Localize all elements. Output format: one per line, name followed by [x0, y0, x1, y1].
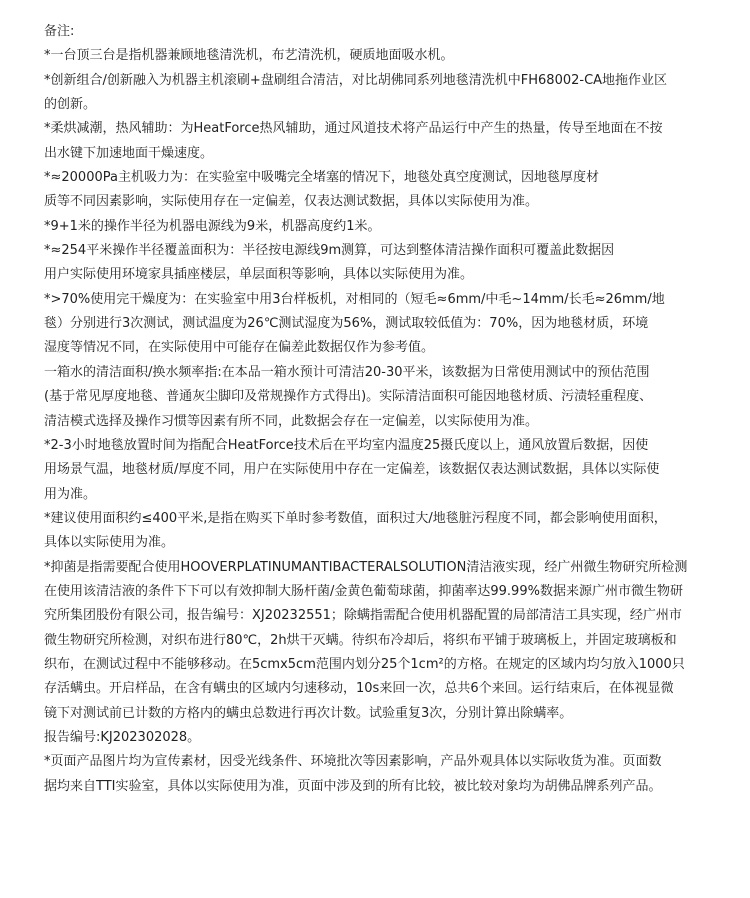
- note-line: *2-3小时地毯放置时间为指配合HeatForce技术后在平均室内温度25摄氏度…: [44, 434, 716, 458]
- report-number: 报告编号:KJ202302028。: [44, 726, 716, 750]
- note-line: 的创新。: [44, 93, 716, 117]
- note-line: 清洁模式选择及操作习惯等因素有所不同，此数据会存在一定偏差，以实际使用为准。: [44, 410, 716, 434]
- note-line: 用为准。: [44, 483, 716, 507]
- notes-heading: 备注:: [44, 20, 716, 44]
- note-line: 用户实际使用环境家具插座楼层，单层面积等影响，具体以实际使用为准。: [44, 263, 716, 287]
- note-line: *9+1米的操作半径为机器电源线为9米，机器高度约1米。: [44, 215, 716, 239]
- disclaimer-notes: 备注: *一台顶三台是指机器兼顾地毯清洗机，布艺清洗机，硬质地面吸水机。 *创新…: [44, 20, 716, 799]
- note-line: (基于常见厚度地毯、普通灰尘脚印及常规操作方式得出)。实际清洁面积可能因地毯材质…: [44, 385, 716, 409]
- note-line: 织布，在测试过程中不能够移动。在5cmx5cm范围内划分25个1cm²的方格。在…: [44, 653, 716, 677]
- note-line: *≈254平米操作半径覆盖面积为：半径按电源线9m测算，可达到整体清洁操作面积可…: [44, 239, 716, 263]
- note-line: *≈20000Pa主机吸力为：在实验室中吸嘴完全堵塞的情况下，地毯处真空度测试，…: [44, 166, 716, 190]
- note-line: 一箱水的清洁面积/换水频率指:在本品一箱水预计可清洁20-30平米，该数据为日常…: [44, 361, 716, 385]
- note-line: 在使用该清洁液的条件下下可以有效抑制大肠杆菌/金黄色葡萄球菌，抑菌率达99.99…: [44, 580, 716, 604]
- note-line: 镜下对测试前已计数的方格内的螨虫总数进行再次计数。试验重复3次，分别计算出除螨率…: [44, 702, 716, 726]
- note-line: 微生物研究所检测，对织布进行80℃，2h烘干灭螨。待织布冷却后，将织布平铺于玻璃…: [44, 629, 716, 653]
- note-line: 湿度等情况不同，在实际使用中可能存在偏差此数据仅作为参考值。: [44, 336, 716, 360]
- note-line: *抑菌是指需要配合使用HOOVERPLATINUMANTIBACTERALSOL…: [44, 556, 716, 580]
- note-line: *>70%使用完干燥度为：在实验室中用3台样板机，对相同的（短毛≈6mm/中毛~…: [44, 288, 716, 312]
- note-line: 据均来自TTI实验室，具体以实际使用为准，页面中涉及到的所有比较，被比较对象均为…: [44, 775, 716, 799]
- note-line: 质等不同因素影响，实际使用存在一定偏差，仅表达测试数据，具体以实际使用为准。: [44, 190, 716, 214]
- note-line: 毯）分别进行3次测试，测试温度为26℃测试湿度为56%，测试取较低值为：70%，…: [44, 312, 716, 336]
- note-line: *建议使用面积约≤400平米,是指在购买下单时参考数值，面积过大/地毯脏污程度不…: [44, 507, 716, 531]
- note-line: *创新组合/创新融入为机器主机滚刷+盘刷组合清洁，对比胡佛同系列地毯清洗机中FH…: [44, 69, 716, 93]
- note-line: 具体以实际使用为准。: [44, 531, 716, 555]
- note-line: 究所集团股份有限公司，报告编号：XJ20232551；除螨指需配合使用机器配置的…: [44, 604, 716, 628]
- note-line: *柔烘减潮，热风辅助：为HeatForce热风辅助，通过风道技术将产品运行中产生…: [44, 117, 716, 141]
- note-line: *一台顶三台是指机器兼顾地毯清洗机，布艺清洗机，硬质地面吸水机。: [44, 44, 716, 68]
- note-line: 用场景气温，地毯材质/厚度不同，用户在实际使用中存在一定偏差，该数据仅表达测试数…: [44, 458, 716, 482]
- note-line: *页面产品图片均为宣传素材，因受光线条件、环境批次等因素影响，产品外观具体以实际…: [44, 750, 716, 774]
- note-line: 存活螨虫。开启样品，在含有螨虫的区域内匀速移动，10s来回一次，总共6个来回。运…: [44, 677, 716, 701]
- note-line: 出水键下加速地面干燥速度。: [44, 142, 716, 166]
